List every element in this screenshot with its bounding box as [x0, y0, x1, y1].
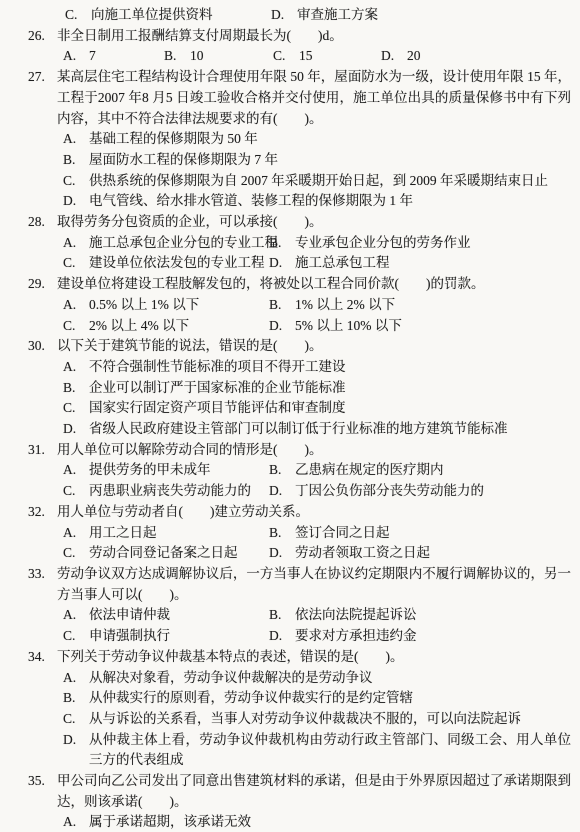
option-label: B.	[164, 46, 183, 67]
prev-option-D: D.审查施工方案	[271, 5, 571, 26]
option-text: 从解决对象看，劳动争议仲裁解决的是劳动争议	[89, 668, 571, 689]
option-label: B.	[63, 378, 82, 399]
option-text: 企业可以制订严于国家标准的企业节能标准	[89, 378, 571, 399]
option-label: A.	[63, 460, 82, 481]
option-label: C.	[63, 316, 82, 337]
question-number: 26.	[28, 26, 57, 47]
option-A: A.依法申请仲裁	[63, 605, 269, 626]
question-27-options: A.基础工程的保修期限为 50 年 B.屋面防水工程的保修期限为 7 年 C.供…	[28, 129, 571, 212]
option-label: D.	[269, 626, 288, 647]
option-label: B.	[269, 605, 288, 626]
option-label: C.	[63, 709, 82, 730]
question-number: 34.	[28, 647, 57, 668]
option-text: 施工总承包工程	[295, 253, 390, 274]
option-C: C.从与诉讼的关系看，当事人对劳动争议仲裁裁决不服的，可以向法院起诉	[63, 709, 571, 730]
question-stem: 用人单位可以解除劳动合同的情形是( )。	[57, 440, 571, 461]
option-A: A.提供劳务的甲未成年	[63, 460, 269, 481]
option-text: 属于承诺超期，该承诺无效	[89, 812, 571, 832]
question-29: 29. 建设单位将建设工程肢解发包的，将被处以工程合同价款( )的罚款。 A.0…	[28, 274, 571, 336]
question-34-options: A.从解决对象看，劳动争议仲裁解决的是劳动争议 B.从仲裁实行的原则看，劳动争议…	[28, 668, 571, 772]
option-C: C.15	[273, 46, 381, 67]
question-number: 29.	[28, 274, 57, 295]
question-35-options: A.属于承诺超期，该承诺无效	[28, 812, 571, 832]
option-label: D.	[269, 253, 288, 274]
question-stem: 劳动争议双方达成调解协议后，一方当事人在协议约定期限内不履行调解协议的，另一方当…	[57, 564, 571, 605]
question-29-options: A.0.5% 以上 1% 以下 B.1% 以上 2% 以下 C.2% 以上 4%…	[28, 295, 571, 336]
question-27: 27. 某高层住宅工程结构设计合理使用年限 50 年，屋面防水为一级，设计使用年…	[28, 67, 571, 212]
option-text: 劳动者领取工资之日起	[295, 543, 430, 564]
question-34-head: 34. 下列关于劳动争议仲裁基本特点的表述，错误的是( )。	[28, 647, 571, 668]
option-B: B.从仲裁实行的原则看，劳动争议仲裁实行的是约定管辖	[63, 688, 571, 709]
option-text: 基础工程的保修期限为 50 年	[89, 129, 571, 150]
question-35: 35. 甲公司向乙公司发出了同意出售建筑材料的承诺，但是由于外界原因超过了承诺期…	[28, 771, 571, 832]
option-text: 要求对方承担违约金	[295, 626, 417, 647]
question-number: 31.	[28, 440, 57, 461]
option-D: D.20	[381, 46, 571, 67]
option-label: C.	[65, 5, 84, 26]
option-A: A.属于承诺超期，该承诺无效	[63, 812, 571, 832]
option-D: D.5% 以上 10% 以下	[269, 316, 571, 337]
question-33: 33. 劳动争议双方达成调解协议后，一方当事人在协议约定期限内不履行调解协议的，…	[28, 564, 571, 647]
question-number: 35.	[28, 771, 57, 812]
prev-option-C: C.向施工单位提供资料	[65, 5, 271, 26]
option-label: D.	[63, 419, 82, 440]
option-label: D.	[269, 481, 288, 502]
question-27-head: 27. 某高层住宅工程结构设计合理使用年限 50 年，屋面防水为一级，设计使用年…	[28, 67, 571, 129]
exam-page: C.向施工单位提供资料 D.审查施工方案 26. 非全日制用工报酬结算支付周期最…	[0, 0, 580, 832]
question-33-head: 33. 劳动争议双方达成调解协议后，一方当事人在协议约定期限内不履行调解协议的，…	[28, 564, 571, 605]
question-stem: 建设单位将建设工程肢解发包的，将被处以工程合同价款( )的罚款。	[57, 274, 571, 295]
question-30-head: 30. 以下关于建筑节能的说法，错误的是( )。	[28, 336, 571, 357]
option-label: C.	[63, 171, 82, 192]
option-text: 乙患病在规定的医疗期内	[295, 460, 444, 481]
option-text: 2% 以上 4% 以下	[89, 316, 189, 337]
option-text: 向施工单位提供资料	[91, 5, 213, 26]
option-C: C.国家实行固定资产项目节能评估和审查制度	[63, 398, 571, 419]
option-label: C.	[63, 398, 82, 419]
question-stem: 以下关于建筑节能的说法，错误的是( )。	[57, 336, 571, 357]
question-30: 30. 以下关于建筑节能的说法，错误的是( )。 A.不符合强制性节能标准的项目…	[28, 336, 571, 440]
option-label: D.	[63, 191, 82, 212]
option-B: B.1% 以上 2% 以下	[269, 295, 571, 316]
option-text: 从仲裁主体上看，劳动争议仲裁机构由劳动行政主管部门、同级工会、用人单位三方的代表…	[89, 730, 571, 771]
option-D: D.电气管线、给水排水管道、装修工程的保修期限为 1 年	[63, 191, 571, 212]
question-26-head: 26. 非全日制用工报酬结算支付周期最长为( )d。	[28, 26, 571, 47]
option-C: C.丙患职业病丧失劳动能力的	[63, 481, 269, 502]
option-label: A.	[63, 295, 82, 316]
option-D: D.劳动者领取工资之日起	[269, 543, 571, 564]
option-label: C.	[63, 543, 82, 564]
option-text: 15	[299, 46, 313, 67]
option-D: D.丁因公负伤部分丧失劳动能力的	[269, 481, 571, 502]
option-text: 7	[89, 46, 96, 67]
option-label: C.	[63, 626, 82, 647]
option-text: 屋面防水工程的保修期限为 7 年	[89, 150, 571, 171]
option-label: D.	[269, 316, 288, 337]
option-label: A.	[63, 668, 82, 689]
option-text: 提供劳务的甲未成年	[89, 460, 211, 481]
option-label: B.	[269, 460, 288, 481]
option-label: B.	[269, 233, 288, 254]
option-B: B.屋面防水工程的保修期限为 7 年	[63, 150, 571, 171]
option-text: 审查施工方案	[297, 5, 378, 26]
option-B: B.依法向法院提起诉讼	[269, 605, 571, 626]
option-label: A.	[63, 357, 82, 378]
question-26-options: A.7 B.10 C.15 D.20	[28, 46, 571, 67]
option-text: 10	[190, 46, 204, 67]
option-text: 20	[407, 46, 421, 67]
question-32: 32. 用人单位与劳动者自( )建立劳动关系。 A.用工之日起 B.签订合同之日…	[28, 502, 571, 564]
option-label: D.	[63, 730, 82, 771]
option-C: C.申请强制执行	[63, 626, 269, 647]
option-text: 从仲裁实行的原则看，劳动争议仲裁实行的是约定管辖	[89, 688, 571, 709]
option-D: D.从仲裁主体上看，劳动争议仲裁机构由劳动行政主管部门、同级工会、用人单位三方的…	[63, 730, 571, 771]
option-text: 省级人民政府建设主管部门可以制订低于行业标准的地方建筑节能标准	[89, 419, 571, 440]
option-text: 用工之日起	[89, 523, 157, 544]
option-B: B.专业承包企业分包的劳务作业	[269, 233, 571, 254]
question-31: 31. 用人单位可以解除劳动合同的情形是( )。 A.提供劳务的甲未成年 B.乙…	[28, 440, 571, 502]
option-label: A.	[63, 605, 82, 626]
option-text: 从与诉讼的关系看，当事人对劳动争议仲裁裁决不服的，可以向法院起诉	[89, 709, 571, 730]
question-28: 28. 取得劳务分包资质的企业，可以承接( )。 A.施工总承包企业分包的专业工…	[28, 212, 571, 274]
option-label: C.	[273, 46, 292, 67]
option-B: B.10	[164, 46, 273, 67]
option-B: B.签订合同之日起	[269, 523, 571, 544]
option-A: A.基础工程的保修期限为 50 年	[63, 129, 571, 150]
option-text: 依法申请仲裁	[89, 605, 170, 626]
question-stem: 某高层住宅工程结构设计合理使用年限 50 年，屋面防水为一级，设计使用年限 15…	[57, 67, 571, 129]
prev-question-options: C.向施工单位提供资料 D.审查施工方案	[28, 5, 571, 26]
question-30-options: A.不符合强制性节能标准的项目不得开工建设 B.企业可以制订严于国家标准的企业节…	[28, 357, 571, 440]
question-stem: 用人单位与劳动者自( )建立劳动关系。	[57, 502, 571, 523]
question-26: 26. 非全日制用工报酬结算支付周期最长为( )d。 A.7 B.10 C.15…	[28, 26, 571, 67]
option-text: 丁因公负伤部分丧失劳动能力的	[295, 481, 484, 502]
option-C: C.劳动合同登记备案之日起	[63, 543, 269, 564]
option-label: B.	[63, 150, 82, 171]
question-number: 27.	[28, 67, 57, 129]
option-label: B.	[63, 688, 82, 709]
option-A: A.用工之日起	[63, 523, 269, 544]
option-text: 1% 以上 2% 以下	[295, 295, 395, 316]
question-stem: 取得劳务分包资质的企业，可以承接( )。	[57, 212, 571, 233]
question-31-options: A.提供劳务的甲未成年 B.乙患病在规定的医疗期内 C.丙患职业病丧失劳动能力的…	[28, 460, 571, 501]
option-text: 丙患职业病丧失劳动能力的	[89, 481, 251, 502]
question-28-head: 28. 取得劳务分包资质的企业，可以承接( )。	[28, 212, 571, 233]
option-label: A.	[63, 46, 82, 67]
option-label: D.	[381, 46, 400, 67]
option-label: A.	[63, 812, 82, 832]
option-text: 依法向法院提起诉讼	[295, 605, 417, 626]
option-label: B.	[269, 523, 288, 544]
option-A: A.7	[63, 46, 164, 67]
question-stem: 甲公司向乙公司发出了同意出售建筑材料的承诺，但是由于外界原因超过了承诺期限到达，…	[57, 771, 571, 812]
question-35-head: 35. 甲公司向乙公司发出了同意出售建筑材料的承诺，但是由于外界原因超过了承诺期…	[28, 771, 571, 812]
question-number: 28.	[28, 212, 57, 233]
option-text: 0.5% 以上 1% 以下	[89, 295, 199, 316]
option-text: 电气管线、给水排水管道、装修工程的保修期限为 1 年	[89, 191, 571, 212]
option-text: 供热系统的保修期限为自 2007 年采暖期开始日起，到 2009 年采暖期结束日…	[89, 171, 571, 192]
option-label: A.	[63, 129, 82, 150]
option-A: A.不符合强制性节能标准的项目不得开工建设	[63, 357, 571, 378]
option-label: D.	[269, 543, 288, 564]
option-D: D.要求对方承担违约金	[269, 626, 571, 647]
question-stem: 下列关于劳动争议仲裁基本特点的表述，错误的是( )。	[57, 647, 571, 668]
option-text: 劳动合同登记备案之日起	[89, 543, 238, 564]
option-text: 施工总承包企业分包的专业工程	[89, 233, 278, 254]
question-33-options: A.依法申请仲裁 B.依法向法院提起诉讼 C.申请强制执行 D.要求对方承担违约…	[28, 605, 571, 646]
option-label: A.	[63, 523, 82, 544]
option-C: C.供热系统的保修期限为自 2007 年采暖期开始日起，到 2009 年采暖期结…	[63, 171, 571, 192]
option-text: 不符合强制性节能标准的项目不得开工建设	[89, 357, 571, 378]
option-label: B.	[269, 295, 288, 316]
option-label: A.	[63, 233, 82, 254]
question-number: 30.	[28, 336, 57, 357]
option-text: 专业承包企业分包的劳务作业	[295, 233, 471, 254]
option-text: 建设单位依法发包的专业工程	[89, 253, 265, 274]
option-D: D.省级人民政府建设主管部门可以制订低于行业标准的地方建筑节能标准	[63, 419, 571, 440]
question-32-options: A.用工之日起 B.签订合同之日起 C.劳动合同登记备案之日起 D.劳动者领取工…	[28, 523, 571, 564]
question-number: 33.	[28, 564, 57, 605]
question-29-head: 29. 建设单位将建设工程肢解发包的，将被处以工程合同价款( )的罚款。	[28, 274, 571, 295]
question-34: 34. 下列关于劳动争议仲裁基本特点的表述，错误的是( )。 A.从解决对象看，…	[28, 647, 571, 771]
option-text: 签订合同之日起	[295, 523, 390, 544]
question-28-options: A.施工总承包企业分包的专业工程 B.专业承包企业分包的劳务作业 C.建设单位依…	[28, 233, 571, 274]
option-B: B.企业可以制订严于国家标准的企业节能标准	[63, 378, 571, 399]
option-text: 国家实行固定资产项目节能评估和审查制度	[89, 398, 571, 419]
option-A: A.0.5% 以上 1% 以下	[63, 295, 269, 316]
option-label: D.	[271, 5, 290, 26]
option-D: D.施工总承包工程	[269, 253, 571, 274]
option-label: C.	[63, 253, 82, 274]
option-A: A.施工总承包企业分包的专业工程	[63, 233, 269, 254]
question-31-head: 31. 用人单位可以解除劳动合同的情形是( )。	[28, 440, 571, 461]
option-A: A.从解决对象看，劳动争议仲裁解决的是劳动争议	[63, 668, 571, 689]
option-label: C.	[63, 481, 82, 502]
option-C: C.2% 以上 4% 以下	[63, 316, 269, 337]
option-text: 5% 以上 10% 以下	[295, 316, 402, 337]
option-B: B.乙患病在规定的医疗期内	[269, 460, 571, 481]
question-number: 32.	[28, 502, 57, 523]
option-text: 申请强制执行	[89, 626, 170, 647]
question-32-head: 32. 用人单位与劳动者自( )建立劳动关系。	[28, 502, 571, 523]
question-stem: 非全日制用工报酬结算支付周期最长为( )d。	[57, 26, 571, 47]
option-C: C.建设单位依法发包的专业工程	[63, 253, 269, 274]
